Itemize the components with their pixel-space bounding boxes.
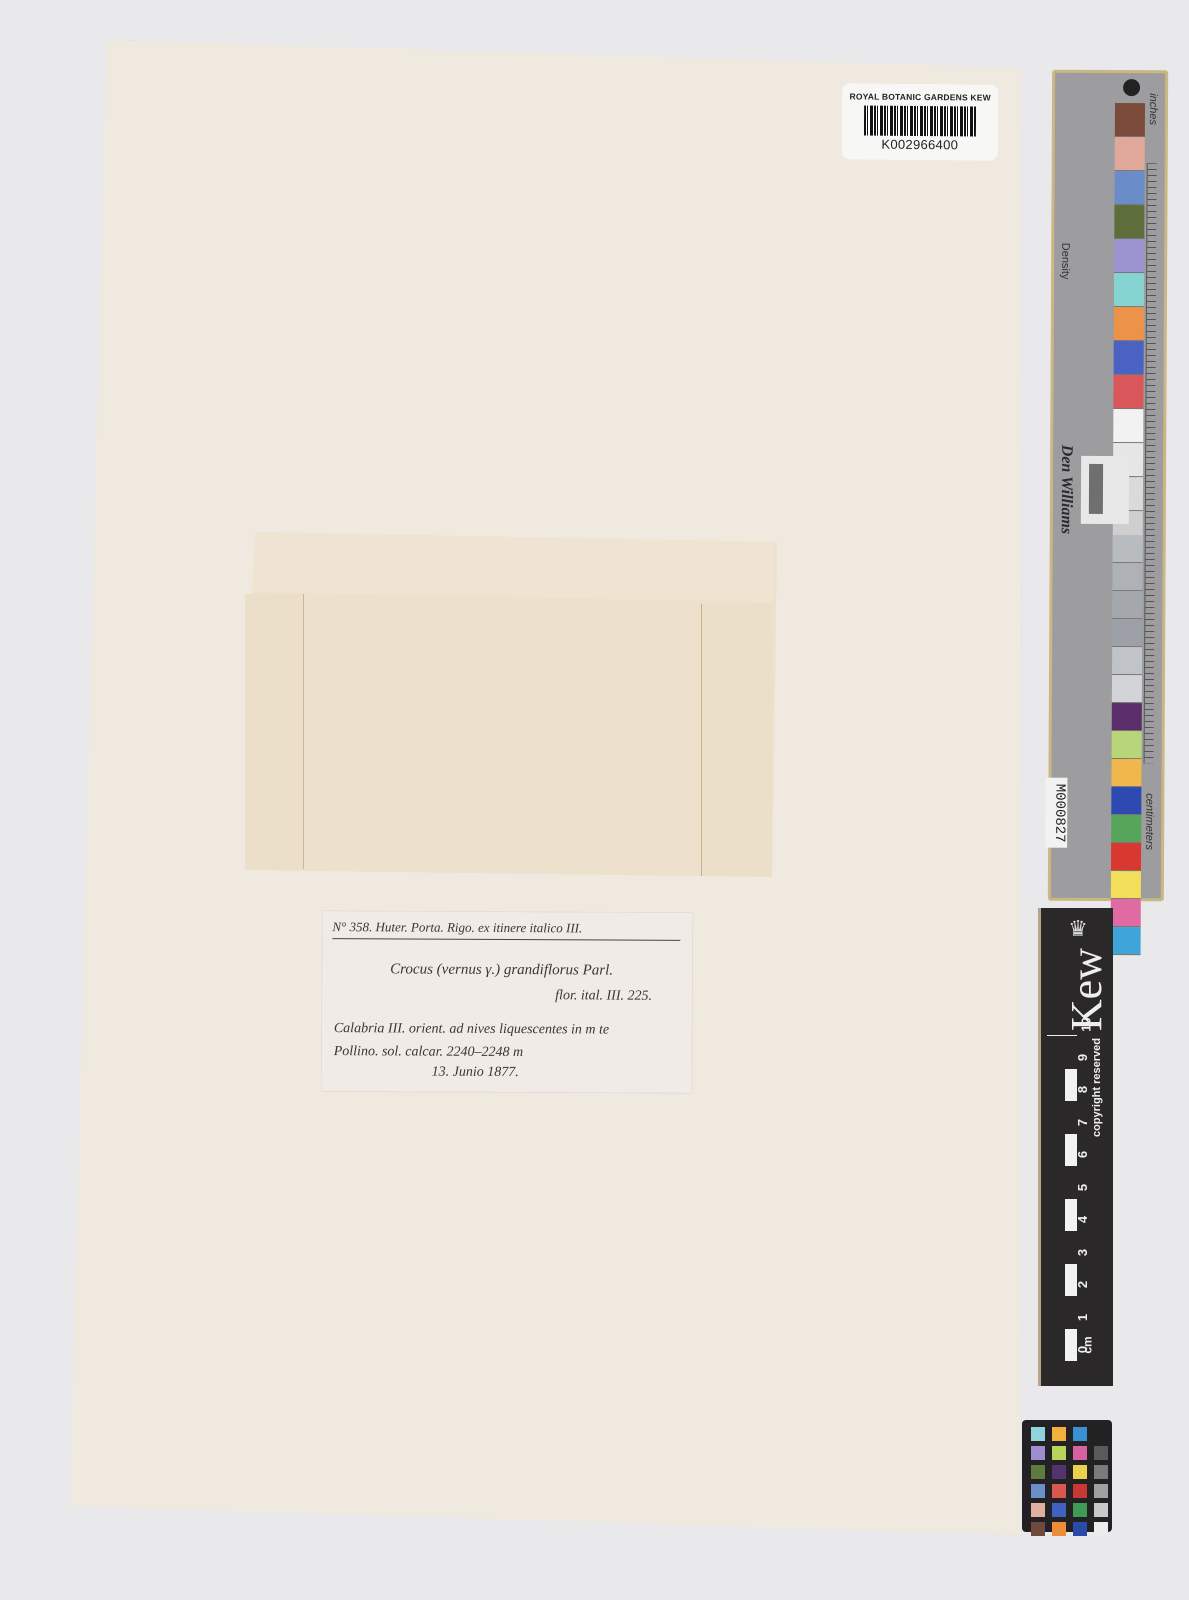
color-swatch bbox=[1073, 1427, 1087, 1441]
color-swatch bbox=[1094, 1503, 1108, 1517]
color-patch bbox=[1112, 647, 1142, 675]
kew-scale-bar: ♛ Kew copyright reserved 012345678910 cm bbox=[1038, 908, 1113, 1386]
packet-right-fold bbox=[701, 604, 772, 876]
scale-tick-label: 9 bbox=[1075, 1053, 1090, 1060]
color-patch bbox=[1112, 675, 1142, 703]
color-swatch bbox=[1031, 1503, 1045, 1517]
taxon-name: Crocus (vernus γ.) grandiflorus Parl. bbox=[390, 961, 613, 979]
color-swatch bbox=[1052, 1503, 1066, 1517]
barcode-label: ROYAL BOTANIC GARDENS KEW K002966400 bbox=[842, 83, 999, 160]
color-swatch bbox=[1094, 1446, 1108, 1460]
scale-segment bbox=[1047, 1035, 1077, 1069]
scale-segment bbox=[1047, 1165, 1077, 1199]
color-patch bbox=[1111, 759, 1141, 787]
color-swatch bbox=[1031, 1465, 1045, 1479]
institution-name: ROYAL BOTANIC GARDENS KEW bbox=[842, 91, 998, 102]
color-patch bbox=[1111, 927, 1141, 955]
color-patch bbox=[1114, 341, 1144, 375]
scale-segment bbox=[1047, 1133, 1077, 1167]
color-swatch bbox=[1073, 1446, 1087, 1460]
color-patch bbox=[1114, 239, 1144, 273]
ruler-scale bbox=[1144, 163, 1157, 763]
scale-segment bbox=[1047, 1328, 1077, 1362]
ruler-brand: Den Williams bbox=[1057, 445, 1075, 534]
scale-segment bbox=[1047, 1068, 1077, 1102]
color-patch bbox=[1112, 619, 1142, 647]
color-swatch bbox=[1094, 1484, 1108, 1498]
color-swatch bbox=[1094, 1465, 1108, 1479]
scale-tick-label: 3 bbox=[1075, 1248, 1090, 1255]
color-patch bbox=[1112, 703, 1142, 731]
color-swatch bbox=[1052, 1427, 1066, 1441]
hole-icon bbox=[1123, 79, 1140, 96]
color-patch bbox=[1115, 137, 1145, 171]
color-patch bbox=[1112, 591, 1142, 619]
color-patch bbox=[1113, 409, 1143, 443]
specimen-label: N° 358. Huter. Porta. Rigo. ex itinere i… bbox=[322, 911, 693, 1093]
scale-segment bbox=[1047, 1263, 1077, 1297]
scale-segment bbox=[1047, 1198, 1077, 1232]
ruler-id: M000827 bbox=[1045, 778, 1067, 848]
color-swatch bbox=[1094, 1427, 1108, 1441]
copyright-text: copyright reserved bbox=[1091, 1038, 1103, 1137]
unit-label: cm bbox=[1081, 1336, 1095, 1353]
color-swatch bbox=[1052, 1465, 1066, 1479]
color-swatch bbox=[1031, 1522, 1045, 1536]
color-patch bbox=[1111, 899, 1141, 927]
color-patch bbox=[1112, 731, 1142, 759]
scale-tick-label: 7 bbox=[1075, 1118, 1090, 1125]
color-patch bbox=[1113, 375, 1143, 409]
density-label: Density bbox=[1059, 243, 1071, 280]
bottom-color-patches bbox=[1111, 535, 1143, 955]
color-patch bbox=[1111, 815, 1141, 843]
gray-target bbox=[1081, 456, 1129, 524]
color-swatch bbox=[1052, 1484, 1066, 1498]
scale-tick-label: 5 bbox=[1075, 1183, 1090, 1190]
color-swatch bbox=[1073, 1484, 1087, 1498]
color-swatch bbox=[1031, 1427, 1045, 1441]
color-checker-card bbox=[1022, 1420, 1112, 1532]
locality-line-1: Calabria III. orient. ad nives liquescen… bbox=[334, 1021, 609, 1038]
crest-icon: ♛ bbox=[1063, 916, 1093, 942]
scale-segment bbox=[1047, 1100, 1077, 1134]
scale-tick-label: 8 bbox=[1075, 1086, 1090, 1093]
color-patch bbox=[1113, 535, 1143, 563]
scale-tick-label: 6 bbox=[1075, 1151, 1090, 1158]
scale-segment bbox=[1047, 1295, 1077, 1329]
color-swatch bbox=[1094, 1522, 1108, 1536]
scale-tick-label: 1 bbox=[1075, 1313, 1090, 1320]
scale-tick-label: 4 bbox=[1075, 1216, 1090, 1223]
scale-segment bbox=[1047, 1230, 1077, 1264]
color-patch bbox=[1111, 871, 1141, 899]
scale-tick-label: 2 bbox=[1075, 1281, 1090, 1288]
color-swatch bbox=[1073, 1522, 1087, 1536]
color-patch bbox=[1111, 843, 1141, 871]
color-patch bbox=[1112, 563, 1142, 591]
packet-top-flap bbox=[252, 532, 774, 603]
color-patch bbox=[1115, 103, 1145, 137]
color-swatch bbox=[1052, 1522, 1066, 1536]
color-swatch bbox=[1031, 1446, 1045, 1460]
color-patch bbox=[1114, 205, 1144, 239]
collection-date: 13. Junio 1877. bbox=[432, 1065, 519, 1081]
specimen-packet bbox=[245, 532, 777, 877]
color-swatch bbox=[1052, 1446, 1066, 1460]
color-swatch bbox=[1073, 1465, 1087, 1479]
color-swatch bbox=[1073, 1503, 1087, 1517]
taxon-reference: flor. ital. III. 225. bbox=[555, 988, 652, 1005]
units-inches: inches bbox=[1147, 93, 1159, 125]
collection-header: N° 358. Huter. Porta. Rigo. ex itinere i… bbox=[332, 919, 680, 941]
units-centimeters: centimeters bbox=[1143, 793, 1155, 850]
color-swatch bbox=[1031, 1484, 1045, 1498]
locality-line-2: Pollino. sol. calcar. 2240–2248 m bbox=[334, 1044, 523, 1061]
color-patch bbox=[1114, 171, 1144, 205]
color-patch bbox=[1114, 273, 1144, 307]
color-calibration-ruler: inches Density centimeters Den Williams … bbox=[1048, 70, 1168, 902]
color-patch bbox=[1111, 787, 1141, 815]
scale-tick-label: 10 bbox=[1079, 1017, 1094, 1031]
packet-left-fold bbox=[245, 594, 304, 869]
barcode-number: K002966400 bbox=[842, 136, 998, 152]
barcode-icon bbox=[864, 106, 976, 137]
color-patch bbox=[1114, 307, 1144, 341]
